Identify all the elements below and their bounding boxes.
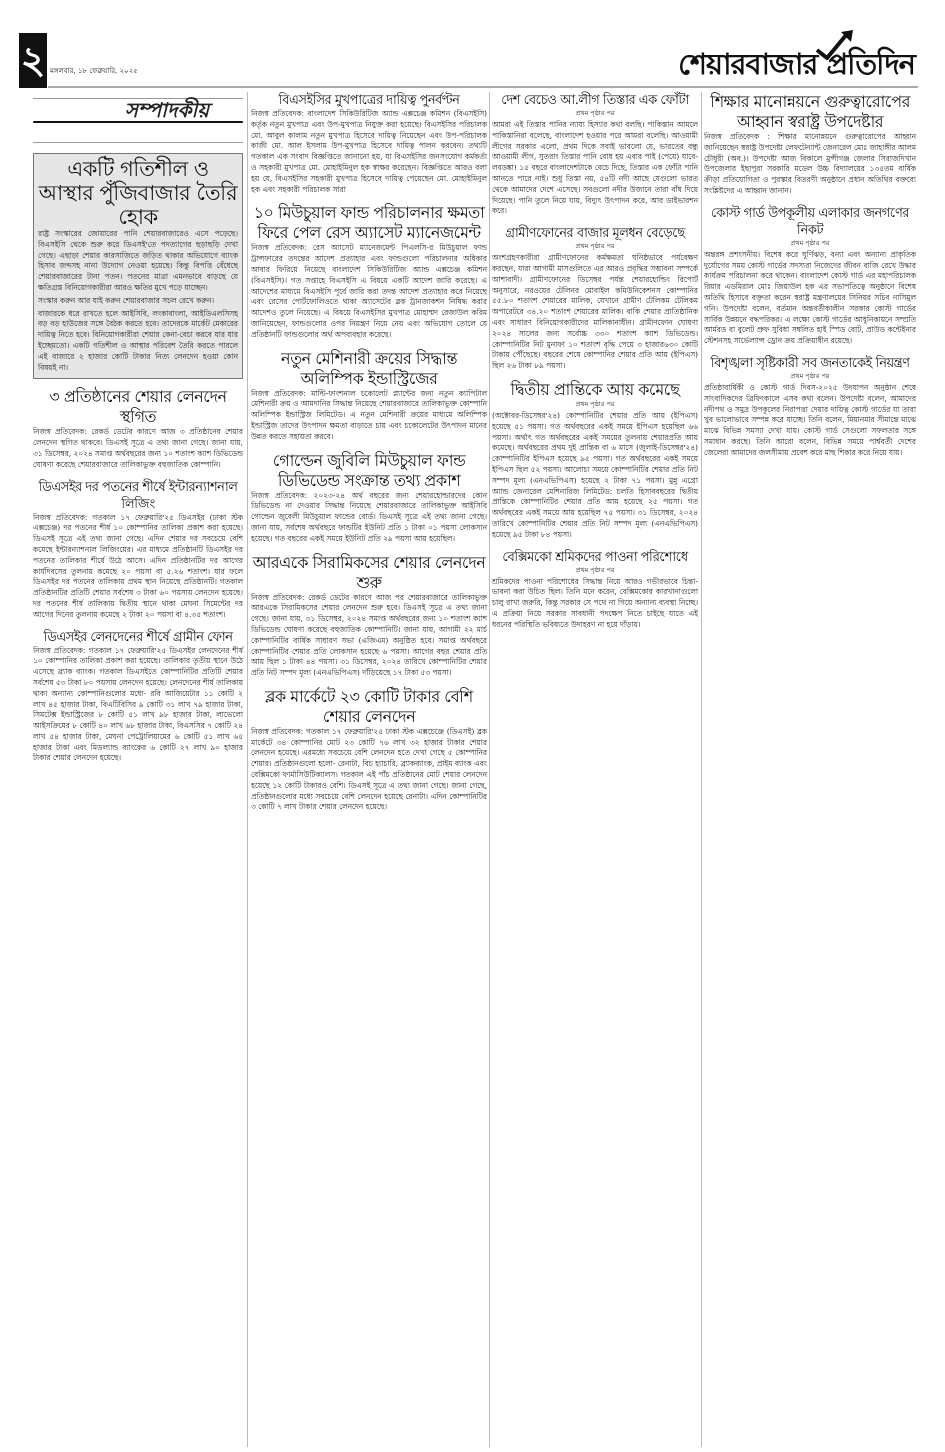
story-beximco: বেক্সিমকো শ্রমিকদের পাওনা পরিশোধে প্রথম … (492, 549, 698, 631)
column-4: শিক্ষার মানোন্নয়নে গুরুত্বারোপের আহ্বান… (704, 92, 916, 467)
story-body: নিজস্ব প্রতিবেদক: বাংলাদেশ সিকিউরিটিজ অ্… (251, 109, 487, 195)
editorial-box: একটি গতিশীল ও আস্থার পুঁজিবাজার তৈরি হোক… (33, 153, 243, 379)
story-body: নিজস্ব প্রতিবেদক: ২০২৩-২৪ অর্থ বছরের জন্… (251, 491, 487, 545)
story-body: অংশগ্রহণকারীরা গ্রামীণফোনের কর্মক্ষমতা ঘ… (492, 253, 698, 372)
column-1: সম্পাদকীয় একটি গতিশীল ও আস্থার পুঁজিবাজ… (33, 92, 243, 772)
continued-label: প্রথম পৃষ্ঠার পর (492, 242, 698, 251)
story-headline: ১০ মিউচুয়াল ফান্ড পরিচালনার ক্ষমতা ফিরে… (251, 203, 487, 243)
story-headline: বেক্সিমকো শ্রমিকদের পাওনা পরিশোধে (492, 549, 698, 566)
editorial-headline: একটি গতিশীল ও আস্থার পুঁজিবাজার তৈরি হোক (38, 157, 238, 229)
story-body: প্রতিষ্ঠাবার্ষিকী ও কোস্ট গার্ড দিবস-২০২… (704, 383, 916, 459)
editorial-banner: সম্পাদকীয় (33, 98, 243, 143)
newspaper-logo: শেয়ারবাজার প্রতিদিন (678, 42, 915, 91)
story-rak-ceramics: আরএকে সিরামিকসের শেয়ার লেনদেন শুরু নিজস… (251, 553, 487, 679)
story-body: (অক্টোবর-ডিসেম্বর'২৪) কোম্পানিটির শেয়ার… (492, 411, 698, 541)
continued-label: প্রথম পৃষ্ঠার পর (492, 109, 698, 118)
header-rule (48, 86, 918, 88)
story-bsec-spokesperson: বিএসইসির মুখপাত্রের দায়িত্ব পুনর্বণ্টন … (251, 92, 487, 195)
continued-label: প্রথম পৃষ্ঠার পর (704, 372, 916, 381)
story-teesta: দেশ বেচেও আ.লীগ তিস্তার এক ফোঁটা প্রথম প… (492, 92, 698, 217)
story-price-decline: ডিএসইর দর পতনের শীর্ষে ইন্টারন্যাশনাল লি… (33, 479, 243, 621)
story-grameenphone: গ্রামীণফোনের বাজার মূলধন বেড়েছে প্রথম প… (492, 225, 698, 372)
column-divider (247, 92, 248, 1447)
editorial-label: সম্পাদকীয় (121, 105, 213, 116)
story-body: নিজস্ব প্রতিবেদক: রেকর্ড ডেটের কারণে আজ … (251, 593, 487, 679)
editorial-paragraph: সংস্কার করুন আর যাই করুন শেয়ারবাজার সচল… (38, 296, 238, 307)
story-education: শিক্ষার মানোন্নয়নে গুরুত্বারোপের আহ্বান… (704, 92, 916, 197)
column-2: বিএসইসির মুখপাত্রের দায়িত্ব পুনর্বণ্টন … (251, 92, 487, 821)
story-headline: দেশ বেচেও আ.লীগ তিস্তার এক ফোঁটা (492, 92, 698, 109)
story-headline: বিএসইসির মুখপাত্রের দায়িত্ব পুনর্বণ্টন (251, 92, 487, 109)
story-race-asset: ১০ মিউচুয়াল ফান্ড পরিচালনার ক্ষমতা ফিরে… (251, 203, 487, 340)
story-headline: ডিএসইর লেনদেনের শীর্ষে গ্রামীন ফোন (33, 629, 243, 646)
story-headline: দ্বিতীয় প্রান্তিকে আয় কমেছে (492, 380, 698, 400)
story-headline: কোস্ট গার্ড উপকূলীয় এলাকার জনগণের নিকট (704, 205, 916, 239)
story-body: আমরা এই তিস্তার পানির ন্যায্য হিস্যার কথ… (492, 120, 698, 217)
story-body: শ্রমিকদের পাওনা পরিশোধের সিদ্ধান্ত নিয়ে… (492, 577, 698, 631)
story-headline: শিক্ষার মানোন্নয়নে গুরুত্বারোপের আহ্বান… (704, 92, 916, 132)
story-headline: ৩ প্রতিষ্ঠানের শেয়ার লেনদেন স্থগিত (33, 387, 243, 427)
story-body: নিজস্ব প্রতিবেদক: রেস অ্যাসেট ম্যানেজমেন… (251, 243, 487, 340)
masthead: ২ মঙ্গলবার, ১৮ ফেব্রুয়ারি, ২০২৫ শেয়ারব… (0, 0, 945, 90)
editorial-paragraph: রাষ্ট্র সংস্কারের জোয়ারের পানি শেয়ারবা… (38, 229, 238, 294)
issue-date: মঙ্গলবার, ১৮ ফেব্রুয়ারি, ২০২৫ (50, 65, 138, 77)
story-body: নিজস্ব প্রতিবেদক: রেকর্ড ডেটের কারণে আজ … (33, 427, 243, 470)
story-headline: ডিএসইর দর পতনের শীর্ষে ইন্টারন্যাশনাল লি… (33, 479, 243, 513)
story-body: নিজস্ব প্রতিবেদক: গতকাল ১৭ ফেব্রুয়ারি'২… (33, 513, 243, 621)
editorial-paragraph: বাজারকে ধরে রাখতে হলে আইসিবি, লংকাবাংলা,… (38, 309, 238, 374)
story-body: নিজস্ব প্রতিবেদক : শিক্ষার মানোন্নয়নে গ… (704, 132, 916, 197)
story-trading-halt: ৩ প্রতিষ্ঠানের শেয়ার লেনদেন স্থগিত নিজস… (33, 387, 243, 470)
story-headline: বিশৃঙ্খলা সৃষ্টিকারী সব জনতাকেই নিয়ন্ত্… (704, 355, 916, 372)
story-headline: নতুন মেশিনারী ক্রয়ের সিদ্ধান্ত অলিম্পিক… (251, 349, 487, 389)
story-block-market: ব্লক মার্কেটে ২৩ কোটি টাকার বেশি শেয়ার … (251, 687, 487, 813)
column-3: দেশ বেচেও আ.লীগ তিস্তার এক ফোঁটা প্রথম প… (492, 92, 698, 638)
story-body: অন্তরঙ্গ প্রশংসনীয়। বিশেষ করে ঘূর্ণিঝড়… (704, 250, 916, 347)
story-top-turnover: ডিএসইর লেনদেনের শীর্ষে গ্রামীন ফোন নিজস্… (33, 629, 243, 765)
continued-label: প্রথম পৃষ্ঠার পর (492, 400, 698, 409)
story-body: নিজস্ব প্রতিবেদক: গতকাল ১৭ ফেব্রুয়ারি'২… (33, 646, 243, 765)
story-golden-jubilee: গোল্ডেন জুবিলি মিউচুয়াল ফান্ড ডিভিডেন্ড… (251, 451, 487, 545)
column-divider (701, 92, 702, 1447)
story-second-quarter: দ্বিতীয় প্রান্তিকে আয় কমেছে প্রথম পৃষ্… (492, 380, 698, 541)
story-coast-guard: কোস্ট গার্ড উপকূলীয় এলাকার জনগণের নিকট … (704, 205, 916, 347)
story-headline: গ্রামীণফোনের বাজার মূলধন বেড়েছে (492, 225, 698, 242)
story-headline: আরএকে সিরামিকসের শেয়ার লেনদেন শুরু (251, 553, 487, 593)
story-control-mob: বিশৃঙ্খলা সৃষ্টিকারী সব জনতাকেই নিয়ন্ত্… (704, 355, 916, 459)
page-number: ২ (19, 33, 47, 88)
continued-label: প্রথম পৃষ্ঠার পর (704, 239, 916, 248)
story-olympic: নতুন মেশিনারী ক্রয়ের সিদ্ধান্ত অলিম্পিক… (251, 349, 487, 443)
story-headline: গোল্ডেন জুবিলি মিউচুয়াল ফান্ড ডিভিডেন্ড… (251, 451, 487, 491)
story-headline: ব্লক মার্কেটে ২৩ কোটি টাকার বেশি শেয়ার … (251, 687, 487, 727)
story-body: নিজস্ব প্রতিবেদক: গতকাল ১৭ ফেব্রুয়ারি'২… (251, 727, 487, 813)
column-divider (489, 92, 490, 1447)
story-body: নিজস্ব প্রতিবেদক: মাল্টি-ফাংশনাল চকোলেট … (251, 389, 487, 443)
continued-label: প্রথম পৃষ্ঠার পর (492, 566, 698, 575)
